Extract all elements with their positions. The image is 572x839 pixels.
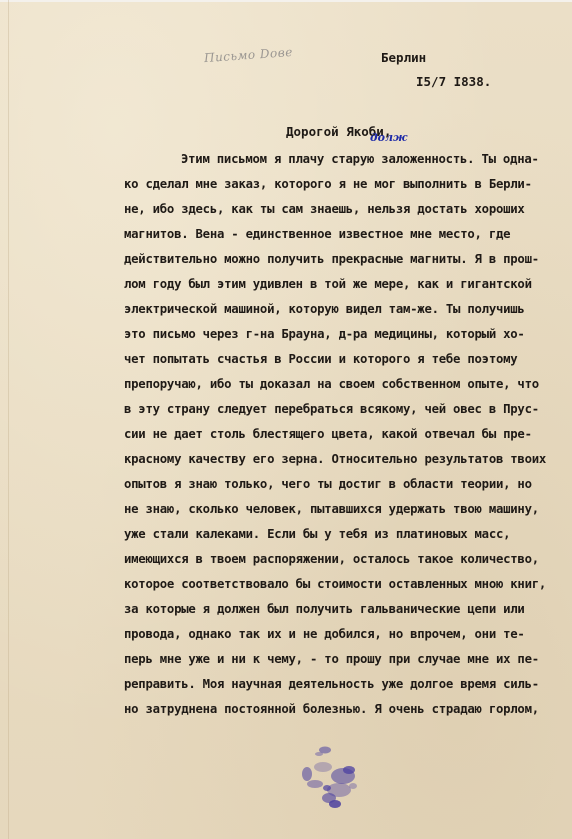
letter-place: Берлин [381, 50, 426, 65]
paper-crease [8, 0, 9, 839]
body-line: это письмо через г-на Брауна, д-ра медиц… [124, 322, 560, 347]
body-line: перь мне уже и ни к чему, - то прошу при… [124, 647, 560, 672]
page-top-edge [0, 0, 572, 2]
body-line: магнитов. Вена - единственное известное … [124, 222, 560, 247]
body-line: Этим письмом я плачу старую заложенность… [124, 147, 560, 172]
body-line: уже стали калеками. Если бы у тебя из пл… [124, 522, 560, 547]
body-line: действительно можно получить прекрасные … [124, 247, 560, 272]
body-line: ко сделал мне заказ, которого я не мог в… [124, 172, 560, 197]
body-line: провода, однако так их и не добился, но … [124, 622, 560, 647]
body-line: электрической машиной, которую видел там… [124, 297, 560, 322]
body-line: лом году был этим удивлен в той же мере,… [124, 272, 560, 297]
letter-page: Письмо Dове Берлин I5/7 I838. Дорогой Як… [0, 0, 572, 839]
body-line: не, ибо здесь, как ты сам знаешь, нельзя… [124, 197, 560, 222]
body-line: реправить. Моя научная деятельность уже … [124, 672, 560, 697]
body-line: но затруднена постоянной болезнью. Я оче… [124, 697, 560, 722]
body-line: которое соответствовало бы стоимости ост… [124, 572, 560, 597]
body-line: не знаю, сколько человек, пытавшихся уде… [124, 497, 560, 522]
body-line: красному качеству его зерна. Относительн… [124, 447, 560, 472]
handwritten-correction: долж [370, 131, 407, 144]
body-line: сии не дает столь блестящего цвета, како… [124, 422, 560, 447]
letter-body: Этим письмом я плачу старую заложенность… [124, 147, 560, 722]
ink-stamp-smudge [293, 740, 363, 808]
body-line: имеющихся в твоем распоряжении, осталось… [124, 547, 560, 572]
body-line: препоручаю, ибо ты доказал на своем собс… [124, 372, 560, 397]
body-line: за которые я должен был получить гальван… [124, 597, 560, 622]
body-line: чет попытать счастья в России и которого… [124, 347, 560, 372]
pencil-annotation: Письмо Dове [204, 45, 294, 65]
body-line: в эту страну следует перебраться всякому… [124, 397, 560, 422]
body-line: опытов я знаю только, чего ты достиг в о… [124, 472, 560, 497]
letter-date: I5/7 I838. [416, 74, 491, 89]
